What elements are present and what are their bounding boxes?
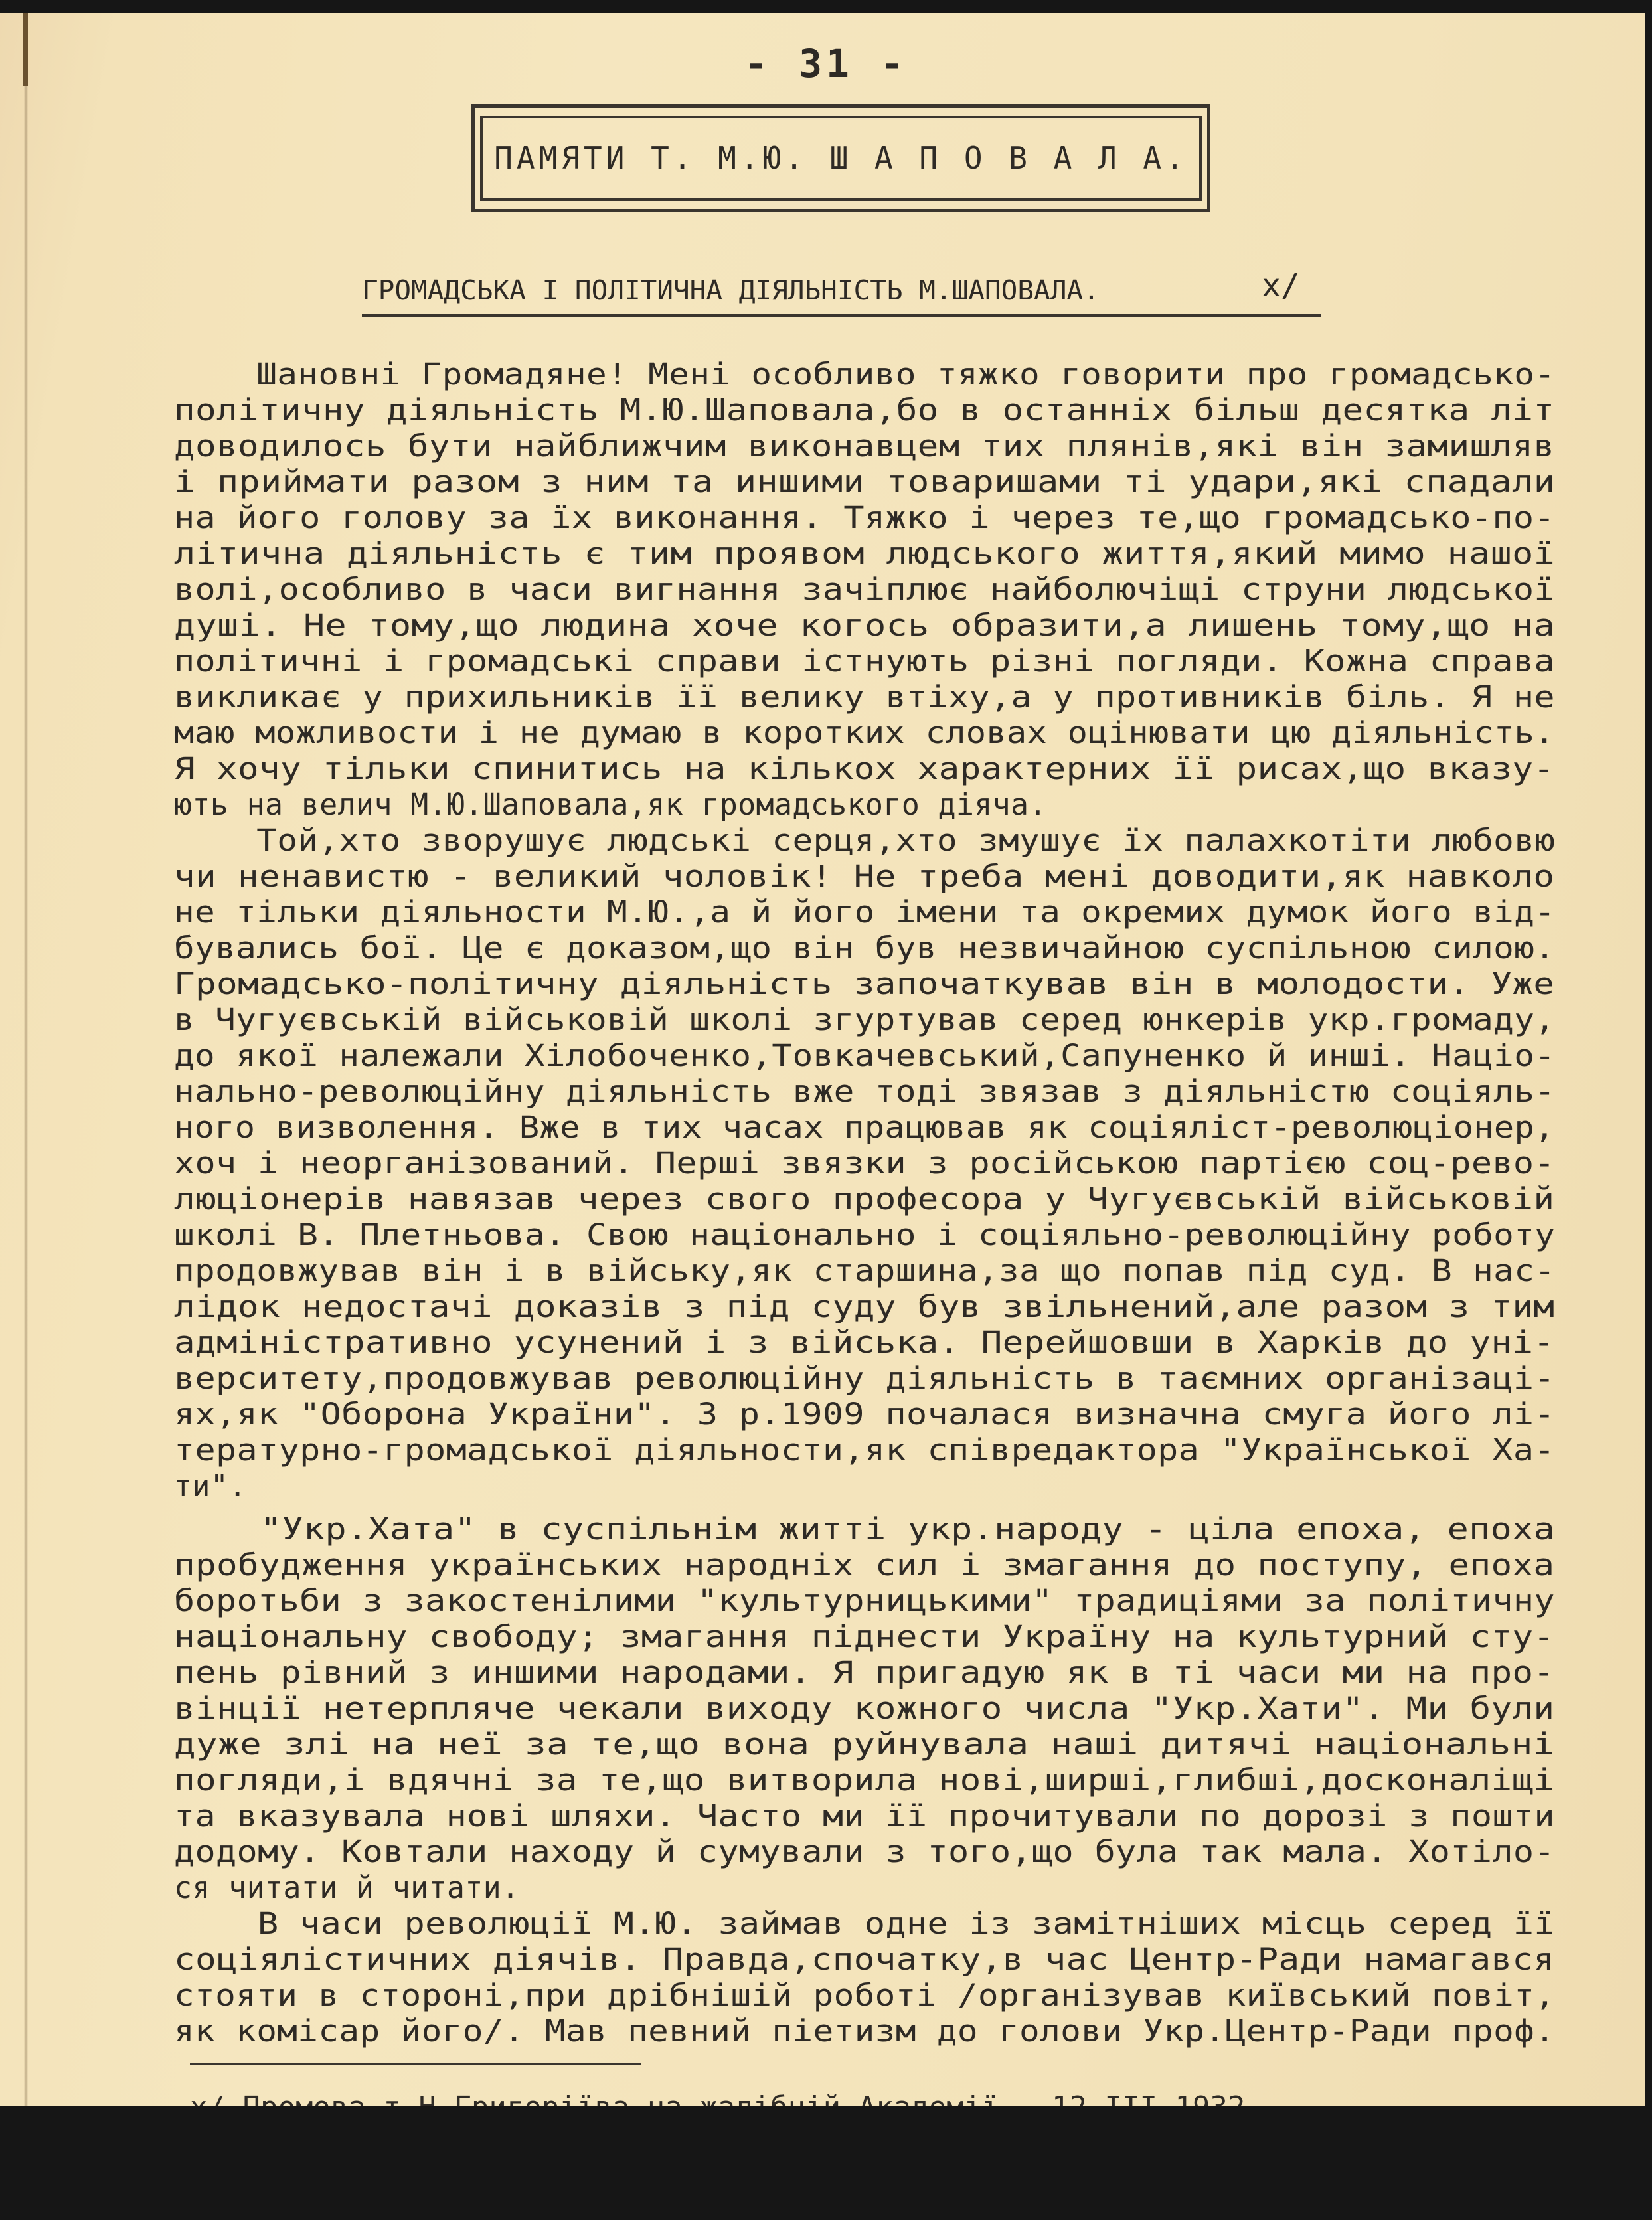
scan-top-border <box>0 0 1652 13</box>
text-line: викликає у прихильників її велику втіху,… <box>174 679 1555 715</box>
text-line: пробудження українських народніх сил і з… <box>174 1547 1554 1582</box>
text-line: душі. Не тому,що людина хоче когось обра… <box>174 608 1555 643</box>
page-number: - 31 - <box>0 41 1652 86</box>
text-line: боротьби з закостенілими "культурницьким… <box>174 1583 1555 1618</box>
text-line: хоч і неорганізований. Перші звязки з ро… <box>174 1146 1555 1181</box>
scan-bottom-border <box>0 2106 1652 2220</box>
text-line: Громадсько-політичну діяльність започатк… <box>174 966 1554 1001</box>
text-line: волі,особливо в часи вигнання зачіплює н… <box>174 572 1555 607</box>
text-line: лідок недостачі доказів з під суду був з… <box>174 1289 1554 1324</box>
text-line: дуже злі на неї за те,що вона руйнувала … <box>174 1727 1555 1762</box>
text-line: в Чугуєвській військовій школі згуртував… <box>174 1002 1555 1037</box>
text-line: доводилось бути найближчим виконавцем ти… <box>174 428 1554 464</box>
binding-shadow <box>24 13 28 2106</box>
text-line: погляди,і вдячні за те,що витворила нові… <box>174 1762 1554 1798</box>
text-line: школі В. Плетньова. Свою національно і с… <box>174 1217 1555 1252</box>
text-line: додому. Ковтали находу й сумували з того… <box>174 1834 1555 1869</box>
text-line: нально-революційну діяльність вже тоді з… <box>174 1074 1555 1109</box>
text-line: політичну діяльність М.Ю.Шаповала,бо в о… <box>174 392 1554 428</box>
text-line: до якої належали Хілобоченко,Товкачевськ… <box>174 1038 1555 1073</box>
text-line: пень рівний з иншими народами. Я пригаду… <box>174 1655 1554 1690</box>
text-line: Шановні Громадяне! Мені особливо тяжко г… <box>174 357 1555 392</box>
memorial-header-inner-frame: ПАМЯТИ Т. М.Ю. Ш А П О В А Л А. <box>480 116 1202 201</box>
article-title: ГРОМАДСЬКА І ПОЛІТИЧНА ДІЯЛЬНІСТЬ М.ШАПО… <box>362 274 1100 306</box>
text-line: ють на велич М.Ю.Шаповала,як громадськог… <box>174 787 1047 822</box>
text-line: В часи революції М.Ю. займав одне із зам… <box>174 1906 1555 1941</box>
scan-right-border <box>1645 0 1652 2220</box>
text-line: маю можливости і не думаю в коротких сло… <box>174 715 1555 750</box>
text-line: ях,як "Оборона України". З р.1909 почала… <box>174 1397 1555 1432</box>
text-line: політичні і громадські справи істнують р… <box>174 643 1555 679</box>
text-line: Я хочу тільки спинитись на кількох харак… <box>174 751 1554 786</box>
text-line: адміністративно усунений і з війська. Пе… <box>174 1325 1554 1360</box>
text-line: верситету,продовжував революційну діяльн… <box>174 1361 1555 1396</box>
text-line: на його голову за їх виконання. Тяжко і … <box>174 500 1555 535</box>
text-line: тературно-громадської діяльности,як спів… <box>174 1432 1555 1468</box>
text-line: "Укр.Хата" в суспільнім житті укр.народу… <box>174 1511 1555 1547</box>
text-line: як комісар його/. Мав певний піетизм до … <box>174 2013 1555 2049</box>
text-line: вінції нетерпляче чекали виходу кожного … <box>174 1691 1554 1726</box>
memorial-header-box: ПАМЯТИ Т. М.Ю. Ш А П О В А Л А. <box>471 104 1210 212</box>
text-line: національну свободу; змагання піднести У… <box>174 1619 1554 1654</box>
footnote-separator <box>190 2063 641 2065</box>
text-line: стояти в стороні,при дрібнішій роботі /о… <box>174 1978 1555 2013</box>
text-line: та вказувала нові шляхи. Часто ми її про… <box>174 1798 1555 1834</box>
title-footnote-marker: x/ <box>1262 267 1300 304</box>
text-line: літична діяльність є тим проявом людсько… <box>174 536 1555 571</box>
article-title-underline <box>362 314 1321 317</box>
text-line: бувались бої. Це є доказом,що він був не… <box>174 930 1555 966</box>
text-line: ся читати й читати. <box>174 1870 519 1905</box>
text-line: соціялістичних діячів. Правда,спочатку,в… <box>174 1942 1554 1977</box>
text-line: люціонерів навязав через свого професора… <box>174 1181 1554 1217</box>
text-line: продовжував він і в війську,як старшина,… <box>174 1253 1555 1288</box>
text-line: і приймати разом з ним та иншими товариш… <box>174 464 1555 499</box>
text-line: ти". <box>174 1468 247 1503</box>
text-line: не тільки діяльности М.Ю.,а й його імени… <box>174 895 1555 930</box>
memorial-header-title: ПАМЯТИ Т. М.Ю. Ш А П О В А Л А. <box>494 140 1188 176</box>
text-line: чи ненавистю - великий чоловік! Не треба… <box>174 859 1554 894</box>
text-line: ного визволення. Вже в тих часах працюва… <box>174 1110 1555 1145</box>
text-line: Той,хто зворушує людські серця,хто змушу… <box>174 823 1555 858</box>
